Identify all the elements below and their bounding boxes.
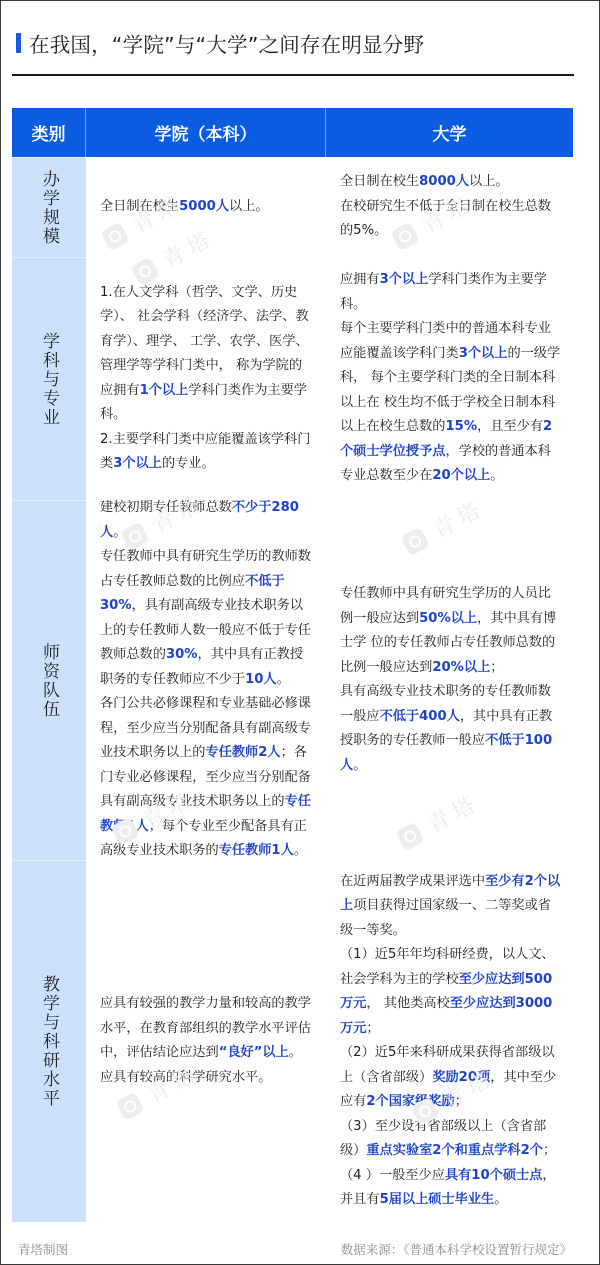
cell-paragraph: 应具有较强的教学力量和较高的教学水平，在教育部组织的教学水平评估中，评估结论应达… [100, 992, 312, 1066]
cell-paragraph: 具有高级专业技术职务的专任教师数一般应不低于400人，其中具有正教授职务的专任教… [340, 680, 563, 778]
cell-paragraph: 1.在人文学科（哲学、文学、历史学）、 社会学科（经济学、法学、教育学）、理学、… [100, 281, 312, 428]
cell-text: ； [366, 1021, 379, 1036]
category-label: 办学规模 [40, 170, 58, 246]
title-text: 在我国，“学院”与“大学”之间存在明显分野 [29, 28, 424, 58]
footer: 青塔制图 数据来源：《普通本科学校设置暂行规定》 [18, 1240, 572, 1258]
header-college: 学院（本科） [86, 108, 326, 157]
highlight-text: 不低于400人 [380, 709, 460, 724]
cell-paragraph: 在校研究生不低于全日制在校生总数的5%。 [340, 195, 563, 244]
category-cell: 师资队伍 [12, 500, 86, 860]
category-label: 教学与科研水平 [40, 975, 58, 1108]
table-row: 师资队伍 建校初期专任教师总数不少于280人。专任教师中具有研究生学历的教师数占… [12, 500, 573, 860]
cell-paragraph: 全日制在校生8000人以上。 [340, 170, 563, 195]
category-cell: 学科与专业 [12, 257, 86, 500]
footer-credit: 青塔制图 [18, 1240, 68, 1258]
highlight-text: 奖励20项 [432, 1070, 490, 1085]
cell-text: 全日制在校生 [340, 174, 419, 189]
university-cell: 在近两届教学成果评选中至少有2个以上项目获得过国家级一、二等奖或省级一等奖。（1… [326, 860, 573, 1222]
cell-text: 建校初期专任教师总数 [100, 500, 232, 515]
cell-text: 以上。 [469, 174, 509, 189]
cell-text: 。 [289, 1045, 302, 1060]
cell-paragraph: 专任教师中具有研究生学历的教师数占专任教师总数的比例应不低于30%，具有副高级专… [100, 545, 312, 692]
university-cell: 专任教师中具有研究生学历的人员比例一般应达到50%以上，其中具有博士学 位的专任… [326, 500, 573, 860]
cell-text: 。 [113, 525, 126, 540]
cell-text: ， 其他类高校 [366, 996, 449, 1011]
cell-text: 。 [353, 758, 366, 773]
highlight-text: “良好”以上 [219, 1045, 289, 1060]
cell-text: 。 [277, 672, 290, 687]
cell-text: 。 [490, 468, 503, 483]
highlight-text: 3个以上 [113, 456, 162, 471]
college-cell: 1.在人文学科（哲学、文学、历史学）、 社会学科（经济学、法学、教育学）、理学、… [86, 257, 326, 500]
highlight-text: 10人 [245, 672, 277, 687]
cell-paragraph: 每个主要学科门类中的普通本科专业应能覆盖该学科门类3个以上的一级学科， 每个主要… [340, 317, 563, 489]
college-cell: 全日制在校生5000人以上。 [86, 157, 326, 257]
highlight-text: 重点实验室2个和重点学科2个 [366, 1143, 543, 1158]
highlight-text: 20个以上 [432, 468, 490, 483]
cell-text: 的专业。 [162, 456, 215, 471]
highlight-text: 30% [166, 647, 198, 662]
table-row: 办学规模 全日制在校生5000人以上。 全日制在校生8000人以上。在校研究生不… [12, 157, 573, 257]
cell-text: （4 ）一般至少应 [340, 1168, 445, 1183]
cell-text: 应拥有 [340, 272, 380, 287]
cell-text: ； [455, 1094, 468, 1109]
highlight-text: 3个以上 [459, 346, 508, 361]
cell-text: ，且至少有 [477, 419, 543, 434]
title-marker [16, 33, 21, 53]
table-row: 学科与专业 1.在人文学科（哲学、文学、历史学）、 社会学科（经济学、法学、教育… [12, 257, 573, 500]
cell-paragraph: （3）至少设有省部级以上（含省部级）重点实验室2个和重点学科2个； [340, 1115, 563, 1164]
cell-paragraph: 建校初期专任教师总数不少于280人。 [100, 496, 312, 545]
cell-text: 应具有较高的科学研究水平。 [100, 1070, 271, 1085]
header-category: 类别 [12, 108, 86, 157]
category-label: 学科与专业 [40, 332, 58, 427]
cell-paragraph: 各门公共必修课程和专业基础必修课程，至少应当分别配备具有副高级专业技术职务以上的… [100, 692, 312, 864]
category-cell: 教学与科研水平 [12, 860, 86, 1222]
cell-paragraph: （1）近5年年均科研经费，以人文、社会学科为主的学校至少应达到500万元， 其他… [340, 943, 563, 1041]
cell-text: ； [490, 660, 503, 675]
university-cell: 应拥有3个以上学科门类作为主要学科。每个主要学科门类中的普通本科专业应能覆盖该学… [326, 257, 573, 500]
highlight-text: 专任教师2人 [206, 745, 281, 760]
cell-paragraph: 2.主要学科门类中应能覆盖该学科门类3个以上的专业。 [100, 428, 312, 477]
cell-paragraph: 应拥有3个以上学科门类作为主要学科。 [340, 268, 563, 317]
highlight-text: 具有10个硕士点 [445, 1168, 542, 1183]
table-row: 教学与科研水平 应具有较强的教学力量和较高的教学水平，在教育部组织的教学水平评估… [12, 860, 573, 1222]
highlight-text: 50%以上 [419, 611, 477, 626]
cell-text: 1.在人文学科（哲学、文学、历史学）、 社会学科（经济学、法学、教育学）、理学、… [100, 285, 309, 398]
title-divider [12, 74, 574, 76]
university-cell: 全日制在校生8000人以上。在校研究生不低于全日制在校生总数的5%。 [326, 157, 573, 257]
cell-text: 。 [494, 1192, 507, 1207]
comparison-table: 类别 学院（本科） 大学 办学规模 全日制在校生5000人以上。 全日制在校生8… [12, 108, 573, 1222]
header-university: 大学 [326, 108, 573, 157]
cell-paragraph: （4 ）一般至少应具有10个硕士点，并且有5届以上硕士毕业生。 [340, 1164, 563, 1213]
highlight-text: 5000人 [179, 199, 229, 214]
table-header: 类别 学院（本科） 大学 [12, 108, 573, 157]
cell-paragraph: 应具有较高的科学研究水平。 [100, 1066, 312, 1091]
college-cell: 应具有较强的教学力量和较高的教学水平，在教育部组织的教学水平评估中，评估结论应达… [86, 860, 326, 1222]
highlight-text: 专任教师1人 [219, 843, 294, 858]
cell-paragraph: 在近两届教学成果评选中至少有2个以上项目获得过国家级一、二等奖或省级一等奖。 [340, 870, 563, 944]
category-label: 师资队伍 [40, 643, 58, 719]
cell-text: 以上。 [229, 199, 269, 214]
cell-paragraph: 专任教师中具有研究生学历的人员比例一般应达到50%以上，其中具有博士学 位的专任… [340, 582, 563, 680]
cell-text: 项目获得过国家级一、二等奖或省级一等奖。 [340, 898, 551, 938]
category-cell: 办学规模 [12, 157, 86, 257]
cell-paragraph: （2）近5年来科研成果获得省部级以上（含省部级）奖励20项，其中至少应有2个国家… [340, 1041, 563, 1115]
highlight-text: 8000人 [419, 174, 469, 189]
cell-text: 全日制在校生 [100, 199, 179, 214]
cell-paragraph: 全日制在校生5000人以上。 [100, 195, 312, 220]
page-title: 在我国，“学院”与“大学”之间存在明显分野 [16, 28, 424, 58]
highlight-text: 2个国家级奖励 [366, 1094, 454, 1109]
footer-source: 数据来源：《普通本科学校设置暂行规定》 [341, 1240, 572, 1258]
cell-text: 。 [294, 843, 307, 858]
highlight-text: 15% [446, 419, 478, 434]
cell-text: 在近两届教学成果评选中 [340, 874, 485, 889]
highlight-text: 1个以上 [140, 383, 189, 398]
highlight-text: 3个以上 [380, 272, 429, 287]
highlight-text: 20%以上 [432, 660, 490, 675]
cell-text: ； [543, 1143, 556, 1158]
cell-text: 在校研究生不低于全日制在校生总数的5%。 [340, 199, 551, 239]
highlight-text: 5届以上硕士毕业生 [380, 1192, 495, 1207]
college-cell: 建校初期专任教师总数不少于280人。专任教师中具有研究生学历的教师数占专任教师总… [86, 500, 326, 860]
